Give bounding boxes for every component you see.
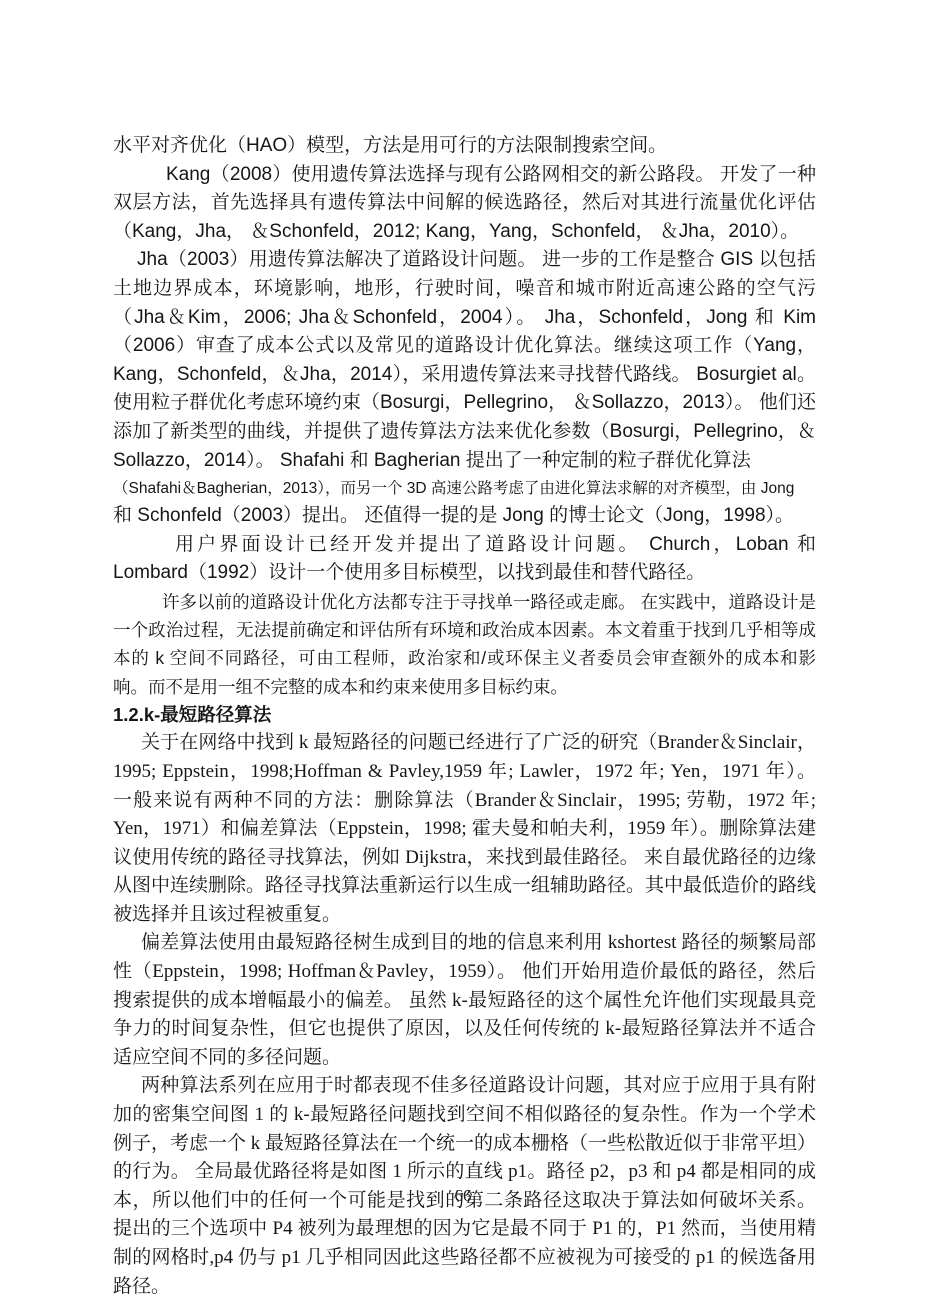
paragraph-ksp-research: 关于在网络中找到 k 最短路径的问题已经进行了广泛的研究（Brander＆Sin… <box>113 729 816 929</box>
paragraph-schonfeld-2003: 和 Schonfeld（2003）提出。 还值得一提的是 Jong 的博士论文（… <box>113 502 816 531</box>
paragraph-shafahi-citation: （Shafahi＆Bagherian，2013），而另一个 3D 高速公路考虑了… <box>113 475 816 502</box>
document-page: { "document": { "heading": "1.2.k-最短路径算法… <box>0 0 926 1309</box>
text-body: 水平对齐优化（HAO）模型，方法是用可行的方法限制搜索空间。 Kang（2008… <box>113 132 816 1301</box>
paragraph-kang-2008: Kang（2008）使用遗传算法选择与现有公路网相交的新公路段。 开发了一种双层… <box>113 161 816 247</box>
paragraph-jha-2003: Jha（2003）用遗传算法解决了道路设计问题。 进一步的工作是整合 GIS 以… <box>113 246 816 475</box>
paragraph-hao-model: 水平对齐优化（HAO）模型，方法是用可行的方法限制搜索空间。 <box>113 132 816 161</box>
paragraph-user-interface: 用户界面设计已经开发并提出了道路设计问题。 Church，Loban 和 Lom… <box>113 531 816 588</box>
paragraph-deviation-algorithms: 偏差算法使用由最短路径树生成到目的地的信息来利用 kshortest 路径的频繁… <box>113 929 816 1072</box>
page-number: 66 <box>0 1186 926 1206</box>
section-heading: 1.2.k-最短路径算法 <box>113 701 816 730</box>
paragraph-previous-methods: 许多以前的道路设计优化方法都专注于寻找单一路径或走廊。 在实践中，道路设计是一个… <box>113 588 816 701</box>
